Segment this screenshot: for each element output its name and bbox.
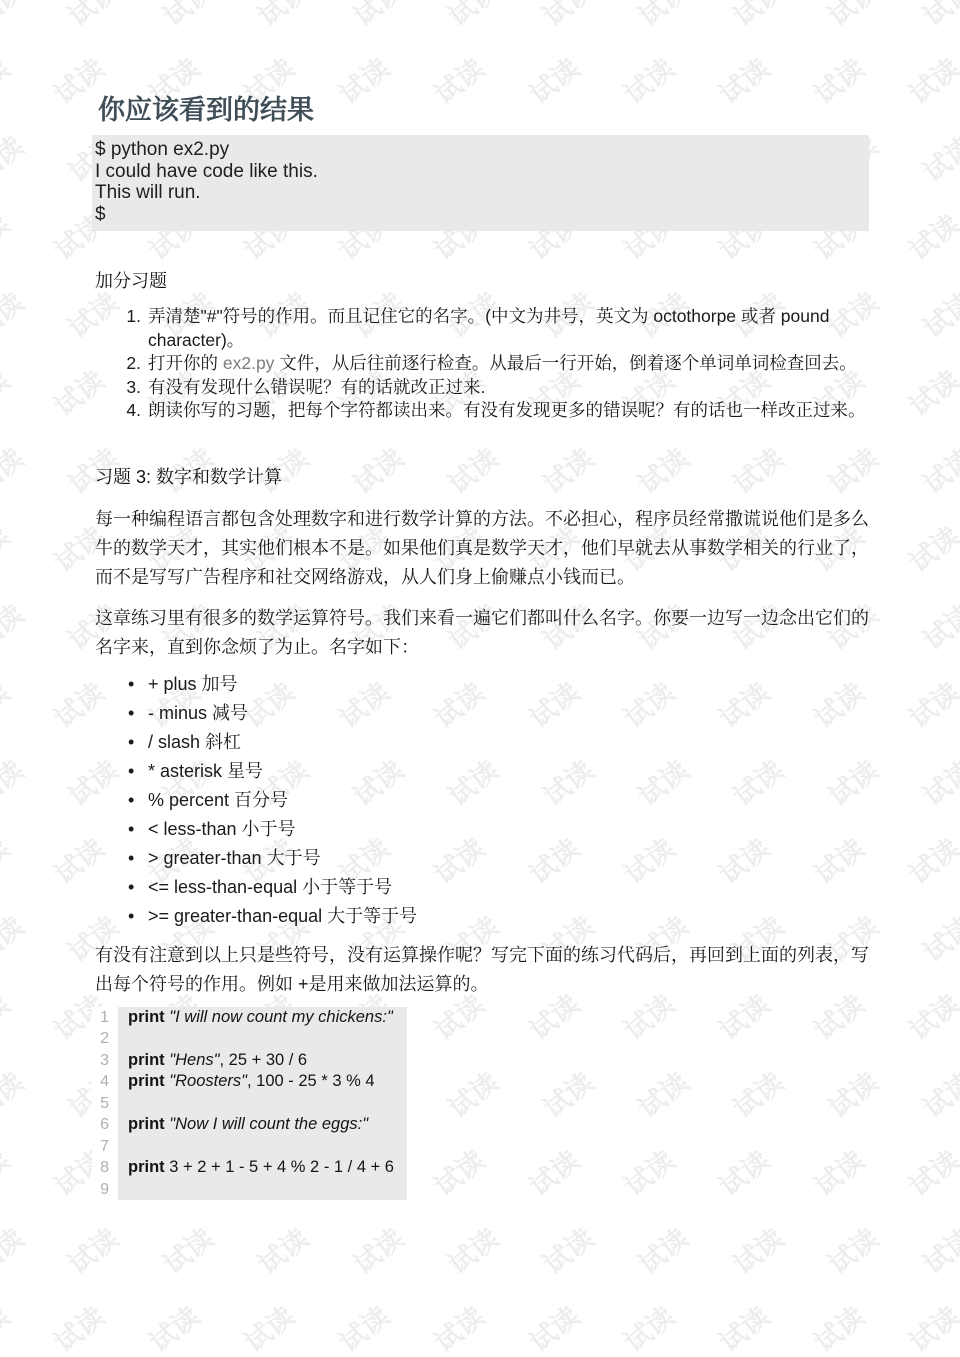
exercise3-heading: 习题 3: 数字和数学计算 [95, 465, 869, 489]
code-line: 1print "I will now count my chickens:" [92, 1007, 869, 1029]
list-item-text: 弄清楚"#"符号的作用。而且记住它的名字。(中文为井号，英文为 octothor… [148, 305, 869, 352]
terminal-output-block: $ python ex2.pyI could have code like th… [92, 135, 869, 231]
code-line: 7 [92, 1136, 869, 1158]
code-span: 3 + 2 + 1 - 5 + 4 % 2 - 1 / 4 + 6 [165, 1158, 394, 1176]
watermark-text: 试读 [235, 1296, 302, 1357]
watermark-text: 试读 [629, 1218, 696, 1282]
watermark-text: 试读 [520, 1296, 587, 1357]
code-line: 8print 3 + 2 + 1 - 5 + 4 % 2 - 1 / 4 + 6 [92, 1157, 869, 1179]
watermark-text: 试读 [154, 1218, 221, 1282]
watermark-text: 试读 [724, 0, 791, 33]
watermark-text: 试读 [249, 0, 316, 33]
code-string: "Hens" [169, 1051, 219, 1069]
extra-credit-heading: 加分习题 [95, 269, 869, 293]
exercise3-paragraph-1: 每一种编程语言都包含处理数字和进行数学计算的方法。不必担心，程序员经常撒谎说他们… [95, 505, 869, 592]
code-line: 3print "Hens", 25 + 30 / 6 [92, 1050, 869, 1072]
watermark-text: 试读 [819, 0, 886, 33]
watermark-text: 试读 [914, 0, 960, 33]
symbol-list-item: >= greater-than-equal 大于等于号 [92, 902, 869, 931]
extra-credit-item: 1.弄清楚"#"符号的作用。而且记住它的名字。(中文为井号，英文为 octoth… [117, 305, 869, 352]
watermark-text: 试读 [344, 0, 411, 33]
inline-code: ex2.py [223, 353, 275, 373]
code-text [118, 1136, 407, 1158]
watermark-text: 试读 [629, 0, 696, 33]
code-keyword: print [128, 1158, 165, 1176]
code-keyword: print [128, 1115, 165, 1133]
code-text: print "I will now count my chickens:" [118, 1007, 407, 1029]
code-string: "Now I will count the eggs:" [169, 1115, 368, 1133]
extra-credit-item: 2.打开你的 ex2.py 文件，从后往前逐行检查。从最后一行开始，倒着逐个单词… [117, 352, 869, 376]
terminal-line: $ [95, 204, 869, 226]
code-line: 9 [92, 1179, 869, 1201]
list-item-number: 2. [117, 352, 141, 376]
extra-credit-list: 1.弄清楚"#"符号的作用。而且记住它的名字。(中文为井号，英文为 octoth… [92, 305, 869, 423]
watermark-text: 试读 [439, 1218, 506, 1282]
watermark-text: 试读 [439, 0, 506, 33]
watermark-text: 试读 [805, 1296, 872, 1357]
watermark-text: 试读 [140, 1296, 207, 1357]
exercise3-paragraph-2: 这章练习里有很多的数学运算符号。我们来看一遍它们都叫什么名字。你要一边写一边念出… [95, 604, 869, 662]
symbol-list-item: + plus 加号 [92, 670, 869, 699]
text-span: 朗读你写的习题，把每个字符都读出来。有没有发现更多的错误呢？有的话也一样改正过来… [148, 400, 866, 420]
list-item-text: 有没有发现什么错误呢？有的话就改正过来. [148, 376, 869, 400]
exercise3-paragraph-3: 有没有注意到以上只是些符号，没有运算操作呢？写完下面的练习代码后，再回到上面的列… [95, 941, 869, 999]
text-span: 文件，从后往前逐行检查。从最后一行开始，倒着逐个单词单词检查回去。 [274, 353, 856, 373]
watermark-text: 试读 [45, 1296, 112, 1357]
watermark-text: 试读 [425, 1296, 492, 1357]
terminal-line: This will run. [95, 182, 869, 204]
symbol-list-item: % percent 百分号 [92, 786, 869, 815]
code-span: , 100 - 25 * 3 % 4 [247, 1072, 375, 1090]
watermark-text: 试读 [344, 1218, 411, 1282]
list-item-number: 3. [117, 376, 141, 400]
code-line: 2 [92, 1028, 869, 1050]
extra-credit-item: 3.有没有发现什么错误呢？有的话就改正过来. [117, 376, 869, 400]
document-content: 你应该看到的结果 $ python ex2.pyI could have cod… [0, 95, 960, 1200]
watermark-text: 试读 [59, 1218, 126, 1282]
watermark-text: 试读 [59, 0, 126, 33]
symbol-list-item: / slash 斜杠 [92, 728, 869, 757]
code-string: "Roosters" [169, 1072, 247, 1090]
symbol-list-item: <= less-than-equal 小于等于号 [92, 873, 869, 902]
document-page: 试读试读试读试读试读试读试读试读试读试读试读试读试读试读试读试读试读试读试读试读… [0, 0, 960, 1357]
symbol-list-item: * asterisk 星号 [92, 757, 869, 786]
list-item-number: 1. [117, 305, 141, 352]
symbol-list-item: < less-than 小于号 [92, 815, 869, 844]
watermark-text: 试读 [0, 1296, 16, 1357]
code-text [118, 1093, 407, 1115]
line-number: 1 [92, 1007, 118, 1029]
extra-credit-item: 4.朗读你写的习题，把每个字符都读出来。有没有发现更多的错误呢？有的话也一样改正… [117, 399, 869, 423]
code-text: print "Hens", 25 + 30 / 6 [118, 1050, 407, 1072]
code-text: print 3 + 2 + 1 - 5 + 4 % 2 - 1 / 4 + 6 [118, 1157, 407, 1179]
code-span: , 25 + 30 / 6 [220, 1051, 308, 1069]
code-listing-block: 1print "I will now count my chickens:"23… [92, 1007, 869, 1201]
watermark-text: 试读 [534, 0, 601, 33]
code-text: print "Roosters", 100 - 25 * 3 % 4 [118, 1071, 407, 1093]
line-number: 9 [92, 1179, 118, 1201]
watermark-text: 试读 [0, 0, 30, 33]
text-span: 弄清楚"#"符号的作用。而且记住它的名字。(中文为井号，英文为 octothor… [148, 306, 829, 350]
watermark-text: 试读 [0, 1218, 30, 1282]
watermark-text: 试读 [914, 1218, 960, 1282]
list-item-text: 朗读你写的习题，把每个字符都读出来。有没有发现更多的错误呢？有的话也一样改正过来… [148, 399, 869, 423]
code-keyword: print [128, 1008, 165, 1026]
text-span: 有没有发现什么错误呢？有的话就改正过来. [148, 377, 485, 397]
code-string: "I will now count my chickens:" [169, 1008, 393, 1026]
line-number: 5 [92, 1093, 118, 1115]
line-number: 8 [92, 1157, 118, 1179]
code-keyword: print [128, 1051, 165, 1069]
code-keyword: print [128, 1072, 165, 1090]
line-number: 2 [92, 1028, 118, 1050]
watermark-text: 试读 [724, 1218, 791, 1282]
symbol-list-item: - minus 减号 [92, 699, 869, 728]
watermark-text: 试读 [819, 1218, 886, 1282]
code-text: print "Now I will count the eggs:" [118, 1114, 407, 1136]
watermark-text: 试读 [615, 1296, 682, 1357]
line-number: 4 [92, 1071, 118, 1093]
terminal-line: I could have code like this. [95, 161, 869, 183]
watermark-text: 试读 [710, 1296, 777, 1357]
list-item-number: 4. [117, 399, 141, 423]
watermark-text: 试读 [900, 1296, 960, 1357]
line-number: 3 [92, 1050, 118, 1072]
code-line: 6print "Now I will count the eggs:" [92, 1114, 869, 1136]
watermark-text: 试读 [249, 1218, 316, 1282]
math-symbol-list: + plus 加号- minus 减号/ slash 斜杠* asterisk … [92, 670, 869, 931]
text-span: 打开你的 [148, 353, 223, 373]
watermark-text: 试读 [534, 1218, 601, 1282]
code-line: 4print "Roosters", 100 - 25 * 3 % 4 [92, 1071, 869, 1093]
page-title: 你应该看到的结果 [98, 95, 869, 125]
code-text [118, 1028, 407, 1050]
code-text [118, 1179, 407, 1201]
watermark-text: 试读 [330, 1296, 397, 1357]
line-number: 7 [92, 1136, 118, 1158]
code-line: 5 [92, 1093, 869, 1115]
symbol-list-item: > greater-than 大于号 [92, 844, 869, 873]
list-item-text: 打开你的 ex2.py 文件，从后往前逐行检查。从最后一行开始，倒着逐个单词单词… [148, 352, 869, 376]
line-number: 6 [92, 1114, 118, 1136]
watermark-text: 试读 [154, 0, 221, 33]
terminal-line: $ python ex2.py [95, 139, 869, 161]
